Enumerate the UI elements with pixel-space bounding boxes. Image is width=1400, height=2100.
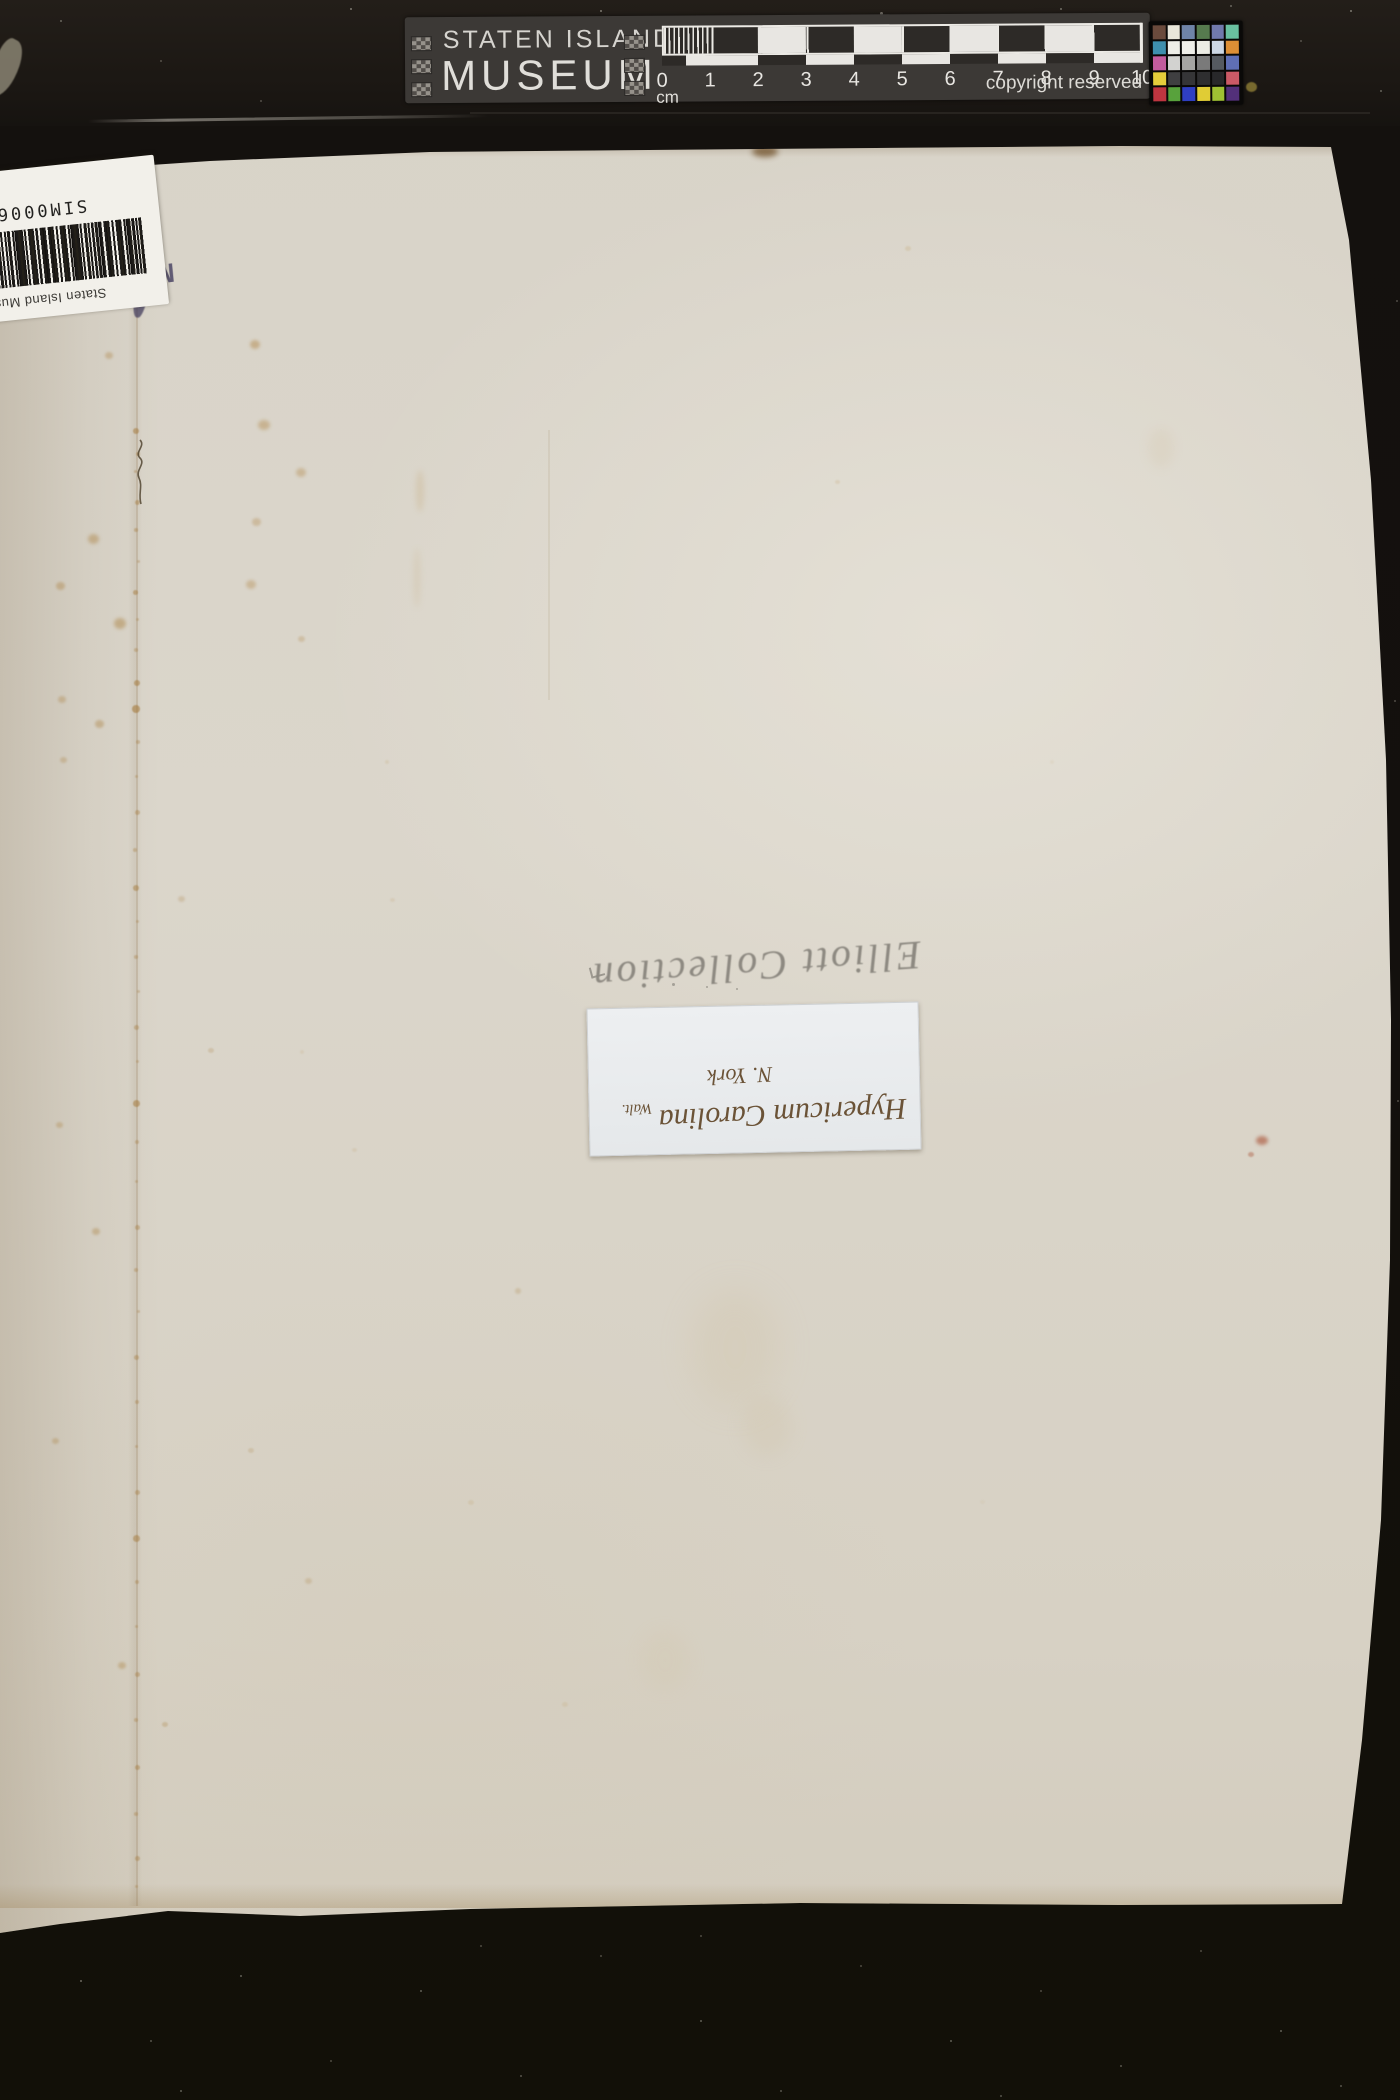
color-patch [1227, 87, 1240, 101]
ruler-unit-label: cm [656, 88, 679, 108]
stain [296, 468, 306, 477]
stain [640, 1630, 690, 1690]
stain [905, 246, 911, 251]
dust-speck [1300, 40, 1302, 42]
dust-speck [80, 1980, 82, 1982]
foxing-spot [134, 528, 138, 532]
checker-icon [411, 59, 432, 74]
foxing-spot [137, 1310, 140, 1313]
dust-speck [1230, 5, 1232, 7]
foxing-spot [133, 428, 139, 434]
stain [562, 1702, 568, 1707]
stain [414, 548, 420, 608]
stain [305, 1578, 312, 1584]
stain [178, 896, 185, 902]
dust-speck [700, 1935, 702, 1937]
color-patch [1153, 56, 1166, 70]
stain [352, 1148, 357, 1152]
dust-speck [1350, 10, 1352, 12]
foxing-spot [134, 1268, 138, 1272]
color-patch [1197, 40, 1210, 54]
ruler-thin-row [662, 53, 1142, 66]
dust-speck [350, 8, 352, 10]
pencil-dot [672, 983, 675, 986]
specimen-label: Hypericum CarolinaWalt. N. York [586, 1002, 921, 1157]
checker-icon [411, 36, 432, 51]
dust-speck [1396, 300, 1398, 302]
barcode-number: SIM000645 [0, 195, 88, 227]
color-patch [1168, 88, 1181, 102]
stain [1248, 1152, 1254, 1157]
stain [690, 1288, 780, 1408]
dust-speck [1000, 2095, 1002, 2097]
foxing-spot [135, 1765, 140, 1770]
checker-squares-right [624, 35, 645, 96]
show-through-line [548, 430, 550, 700]
foxing-spot [137, 560, 140, 563]
color-patch [1197, 72, 1210, 86]
stain [114, 618, 126, 629]
color-patch [1182, 72, 1195, 86]
color-patch [1167, 41, 1180, 55]
checker-squares-left [411, 36, 432, 97]
species-name: Hypericum Carolina [658, 1092, 907, 1137]
ruler-mm-ticks [664, 27, 710, 53]
stain [56, 582, 65, 590]
stain [515, 1288, 521, 1294]
foxing-spot [134, 680, 140, 686]
stain [835, 480, 840, 484]
foxing-spot [135, 1445, 138, 1448]
dust-speck [1380, 90, 1382, 92]
color-patch [1153, 88, 1166, 102]
foxing-spot [136, 740, 140, 744]
stain [248, 1448, 254, 1453]
color-patch [1182, 41, 1195, 55]
color-patch [1153, 25, 1166, 39]
scale-bar: STATEN ISLAND MUSEUM 012345678910 cm cop… [405, 13, 1151, 104]
dust-speck [180, 2090, 182, 2092]
foxing-spot [137, 990, 140, 993]
color-patch [1182, 25, 1195, 39]
dust-speck [700, 2020, 702, 2022]
color-patch [1212, 72, 1225, 86]
color-patch [1226, 71, 1239, 85]
foxing-spot [133, 848, 137, 852]
stain [416, 470, 424, 512]
dust-speck [60, 20, 62, 22]
foxing-spot [133, 1100, 140, 1107]
ruler-tick-label: 1 [695, 69, 725, 92]
stain [980, 1500, 985, 1504]
color-patch [1182, 56, 1195, 70]
specimen-label-writing: Hypericum CarolinaWalt. N. York [586, 998, 923, 1159]
stain [208, 1048, 214, 1053]
foxing-spot [135, 1180, 138, 1183]
stain [52, 1438, 59, 1444]
dust-speck [1200, 1950, 1202, 1952]
stain [298, 636, 305, 642]
foxing-spot [135, 1885, 138, 1888]
foxing-spot [134, 955, 138, 959]
dust-speck [600, 10, 602, 12]
ruler-tick-labels: 012345678910 [662, 15, 1150, 18]
foxing-spot [134, 648, 138, 652]
cover-edge-line [470, 112, 1370, 114]
stain [300, 1050, 304, 1054]
color-patch [1226, 56, 1239, 70]
foxing-spot [135, 1400, 139, 1404]
dust-speck [520, 2075, 522, 2077]
pencil-dot [736, 988, 738, 990]
page: M.A.M. IMAGES Elliott Collection Hyperic… [0, 0, 1400, 2100]
dust-speck [480, 1945, 482, 1947]
color-patch [1153, 41, 1166, 55]
barcode-institution: Staten Island Museum [0, 285, 107, 314]
stain [385, 760, 389, 764]
ruler-endcap [1140, 23, 1143, 63]
barcode-icon [0, 217, 147, 296]
stain [742, 1396, 792, 1456]
ruler-white-blocks [758, 27, 806, 53]
checker-icon [624, 35, 645, 50]
foxing-spot [132, 705, 140, 713]
foxing-spot [135, 1580, 139, 1584]
stain [468, 1500, 474, 1505]
dust-speck [260, 100, 262, 102]
page-top-edge [0, 146, 1340, 157]
foxing-spot [135, 1856, 140, 1861]
dust-speck [330, 2060, 332, 2062]
fiber-squiggle [130, 438, 154, 508]
backdrop-dot [1246, 82, 1257, 92]
color-patch [1226, 40, 1239, 54]
pencil-inscription: Elliott Collection [543, 901, 967, 1004]
checker-icon [624, 58, 645, 73]
foxing-spot [135, 1672, 140, 1677]
stain [250, 340, 260, 349]
foxing-spot [135, 1225, 140, 1230]
foxing-spot [133, 1535, 140, 1542]
ruler-tick-label: 6 [935, 68, 965, 91]
barcode-label: Staten Island Museum SIM000645 [0, 155, 169, 332]
specimen-scan: M.A.M. IMAGES Elliott Collection Hyperic… [0, 0, 1400, 2100]
dust-speck [150, 2040, 152, 2042]
stain [258, 420, 270, 430]
page-bottom-edge [0, 1884, 1350, 1908]
color-patch [1211, 40, 1224, 54]
stain [1148, 428, 1174, 468]
dust-speck [860, 1965, 862, 1967]
color-patch [1153, 72, 1166, 86]
color-patch [1168, 56, 1181, 70]
species-author: Walt. [621, 1100, 652, 1117]
dust-speck [600, 1955, 602, 1957]
foxing-spot [134, 1355, 139, 1360]
stain [118, 1662, 126, 1669]
stain [390, 898, 395, 902]
ruler-tick-label: 3 [791, 69, 821, 92]
foxing-spot [135, 1140, 139, 1144]
ruler-tick-label: 5 [887, 68, 917, 91]
color-patch [1212, 87, 1225, 101]
ruler-tick-label: 2 [743, 69, 773, 92]
color-patch [1211, 25, 1224, 39]
stain [95, 720, 104, 728]
dust-speck [160, 60, 162, 62]
checker-icon [624, 81, 645, 96]
color-patch [1212, 56, 1225, 70]
dust-speck [780, 2090, 782, 2092]
ruler-half-cm [686, 55, 710, 65]
foxing-spot [135, 1490, 140, 1495]
color-patch [1168, 72, 1181, 86]
pencil-dot [706, 986, 708, 988]
ruler-tick-label: 4 [839, 68, 869, 91]
foxing-spot [134, 1718, 138, 1722]
foxing-spot [135, 810, 140, 815]
dust-speck [1040, 1990, 1042, 1992]
stain [56, 1122, 63, 1128]
copyright-text: copyright reserved [986, 72, 1142, 95]
color-patch [1183, 87, 1196, 101]
color-patch [1197, 87, 1210, 101]
dust-speck [1340, 2085, 1342, 2087]
ruler-blocks-row [662, 23, 1142, 56]
foxing-spot [133, 590, 138, 595]
foxing-spot [136, 1060, 139, 1063]
dust-speck [1397, 1100, 1399, 1102]
stain [88, 534, 99, 544]
dust-speck [240, 1975, 242, 1977]
foxing-spot [136, 920, 139, 923]
dust-speck [1120, 2065, 1122, 2067]
stain [58, 696, 66, 703]
stain [1050, 760, 1054, 764]
color-patch [1167, 25, 1180, 39]
checker-icon [411, 82, 432, 97]
color-calibration-chart [1149, 21, 1244, 106]
stain [752, 146, 778, 157]
dust-speck [1280, 2030, 1282, 2032]
color-patch [1197, 25, 1210, 39]
color-patch [1226, 25, 1239, 39]
stain [1256, 1136, 1268, 1145]
dust-speck [1060, 8, 1062, 10]
dust-speck [420, 1990, 422, 1992]
dust-speck [950, 2040, 952, 2042]
stain [252, 518, 261, 526]
foxing-spot [136, 618, 139, 621]
dust-speck [1394, 700, 1396, 702]
stain [60, 757, 67, 763]
color-patch [1197, 56, 1210, 70]
stain [246, 580, 256, 589]
foxing-spot [133, 885, 139, 891]
foxing-spot [135, 1625, 138, 1628]
stain [105, 352, 113, 359]
stain [92, 1228, 100, 1235]
foxing-spot [134, 1025, 139, 1030]
foxing-spot [134, 1812, 138, 1816]
foxing-spot [135, 775, 138, 778]
stain [162, 1722, 168, 1727]
